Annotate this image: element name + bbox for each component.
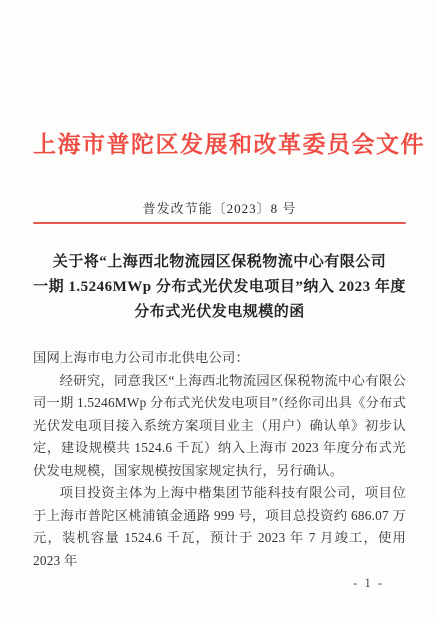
body-paragraph-approval: 经研究，同意我区“上海西北物流园区保税物流中心有限公司一期 1.5246MWp … xyxy=(33,370,406,483)
agency-banner-title: 上海市普陀区发展和改革委员会文件 xyxy=(33,131,406,158)
official-document-page: 上海市普陀区发展和改革委员会文件 普发改节能〔2023〕8 号 关于将“上海西北… xyxy=(0,0,437,623)
document-title-line-2: 一期 1.5246MWp 分布式光伏发电项目”纳入 2023 年度 xyxy=(33,275,406,300)
page-number: - 1 - xyxy=(286,576,406,591)
document-body: 国网上海市电力公司市北供电公司： 经研究，同意我区“上海西北物流园区保税物流中心… xyxy=(33,347,406,572)
salutation-line: 国网上海市电力公司市北供电公司： xyxy=(33,347,406,370)
document-title-line-3: 分布式光伏发电规模的函 xyxy=(33,300,406,325)
red-divider-line xyxy=(33,222,406,224)
body-paragraph-project-details: 项目投资主体为上海中楷集团节能科技有限公司，项目位于上海市普陀区桃浦镇金通路 9… xyxy=(33,482,406,572)
document-title-line-1: 关于将“上海西北物流园区保税物流中心有限公司 xyxy=(33,250,406,275)
doc-reference-number: 普发改节能〔2023〕8 号 xyxy=(33,200,406,217)
document-title: 关于将“上海西北物流园区保税物流中心有限公司 一期 1.5246MWp 分布式光… xyxy=(33,250,406,325)
